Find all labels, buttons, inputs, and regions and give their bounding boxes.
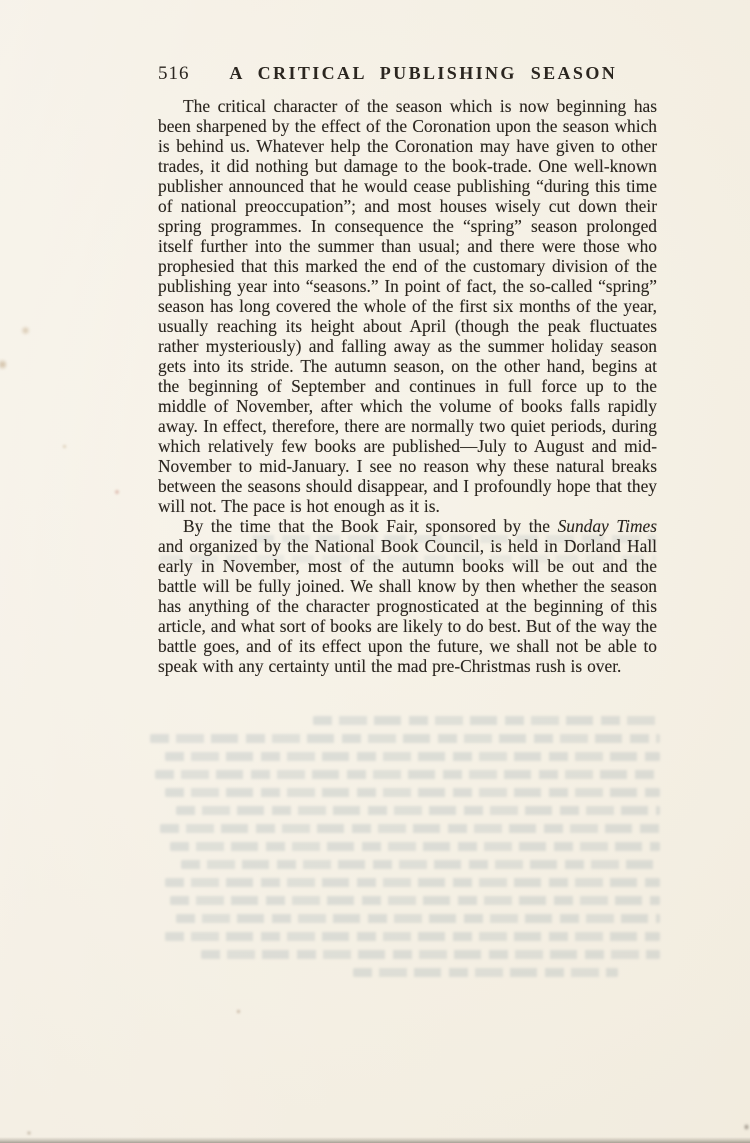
page-header: 516 A CRITICAL PUBLISHING SEASON <box>158 63 657 85</box>
foxing-spot <box>114 489 120 495</box>
foxing-spot <box>26 1131 32 1135</box>
paragraph-2: By the time that the Book Fair, sponsore… <box>158 516 657 676</box>
show-through-line <box>165 752 660 761</box>
show-through-line <box>313 716 660 725</box>
show-through-line <box>201 950 660 959</box>
show-through-line <box>165 932 660 941</box>
show-through-line <box>170 842 660 851</box>
page-number: 516 <box>158 63 190 85</box>
foxing-spot <box>20 326 31 335</box>
foxing-spot <box>0 358 7 371</box>
show-through-line <box>155 770 660 779</box>
text-block: The critical character of the season whi… <box>158 96 657 676</box>
page-edge-shadow <box>0 1137 750 1143</box>
show-through-line <box>165 788 660 797</box>
scanned-book-page: { "page": { "number": "516", "running_he… <box>0 0 750 1143</box>
show-through-line <box>176 806 661 815</box>
publication-name-italic: Sunday Times <box>558 516 657 536</box>
show-through-block <box>150 716 660 986</box>
book-page: 516 A CRITICAL PUBLISHING SEASON The cri… <box>0 0 750 1143</box>
foxing-spot <box>62 444 67 449</box>
paragraph-1: The critical character of the season whi… <box>158 96 657 516</box>
show-through-line <box>160 824 660 833</box>
show-through-line <box>353 968 618 977</box>
foxing-spot <box>744 1123 749 1131</box>
show-through-line <box>165 878 660 887</box>
show-through-line <box>150 734 660 743</box>
paragraph-2-text: By the time that the Book Fair, sponsore… <box>183 516 558 536</box>
running-head-title: A CRITICAL PUBLISHING SEASON <box>190 63 658 84</box>
show-through-line <box>170 896 660 905</box>
show-through-line <box>181 860 660 869</box>
show-through-line <box>176 914 661 923</box>
paragraph-2-text-continued: and organized by the National Book Counc… <box>158 536 657 676</box>
foxing-spot <box>236 1009 241 1014</box>
